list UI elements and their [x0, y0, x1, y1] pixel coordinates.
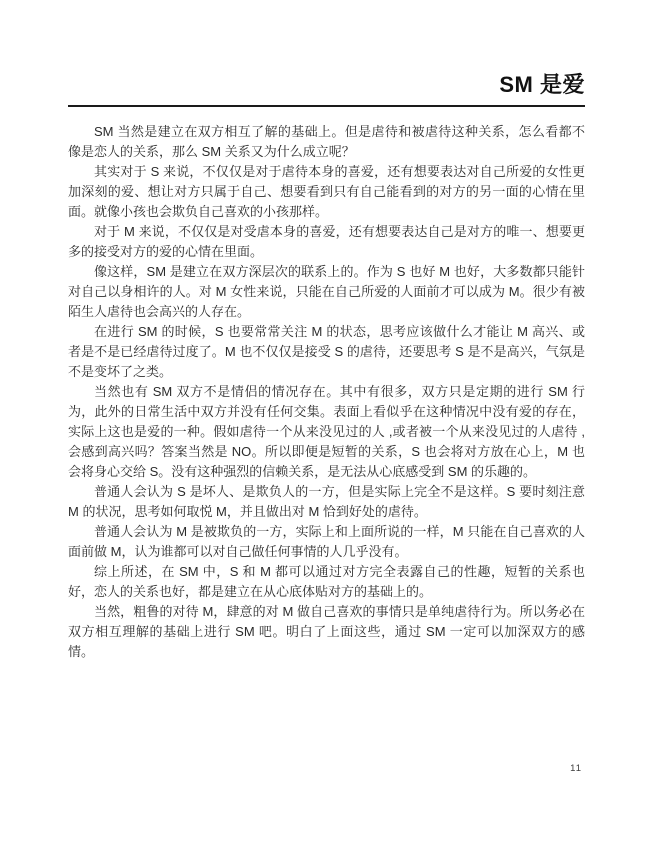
paragraph: 在进行 SM 的时候，S 也要常常关注 M 的状态，思考应该做什么才能让 M 高…	[68, 322, 585, 382]
paragraph: 当然，粗鲁的对待 M，肆意的对 M 做自己喜欢的事情只是单纯虐待行为。所以务必在…	[68, 602, 585, 662]
paragraph: 像这样，SM 是建立在双方深层次的联系上的。作为 S 也好 M 也好，大多数都只…	[68, 262, 585, 322]
paragraph: 其实对于 S 来说，不仅仅是对于虐待本身的喜爱，还有想要表达对自己所爱的女性更加…	[68, 162, 585, 222]
paragraph: SM 当然是建立在双方相互了解的基础上。但是虐待和被虐待这种关系，怎么看都不像是…	[68, 122, 585, 162]
page-content: SM 是爱 SM 当然是建立在双方相互了解的基础上。但是虐待和被虐待这种关系，怎…	[68, 0, 585, 662]
document-page: SM 是爱 SM 当然是建立在双方相互了解的基础上。但是虐待和被虐待这种关系，怎…	[0, 0, 650, 850]
paragraph: 对于 M 来说，不仅仅是对受虐本身的喜爱，还有想要表达自己是对方的唯一、想要更多…	[68, 222, 585, 262]
title-divider	[68, 105, 585, 107]
paragraph: 普通人会认为 M 是被欺负的一方，实际上和上面所说的一样，M 只能在自己喜欢的人…	[68, 522, 585, 562]
paragraph: 综上所述，在 SM 中，S 和 M 都可以通过对方完全表露自己的性趣，短暂的关系…	[68, 562, 585, 602]
page-number: 11	[570, 763, 582, 774]
paragraph: 当然也有 SM 双方不是情侣的情况存在。其中有很多，双方只是定期的进行 SM 行…	[68, 382, 585, 482]
paragraph: 普通人会认为 S 是坏人、是欺负人的一方，但是实际上完全不是这样。S 要时刻注意…	[68, 482, 585, 522]
body-text: SM 当然是建立在双方相互了解的基础上。但是虐待和被虐待这种关系，怎么看都不像是…	[68, 122, 585, 662]
page-title: SM 是爱	[68, 0, 585, 98]
